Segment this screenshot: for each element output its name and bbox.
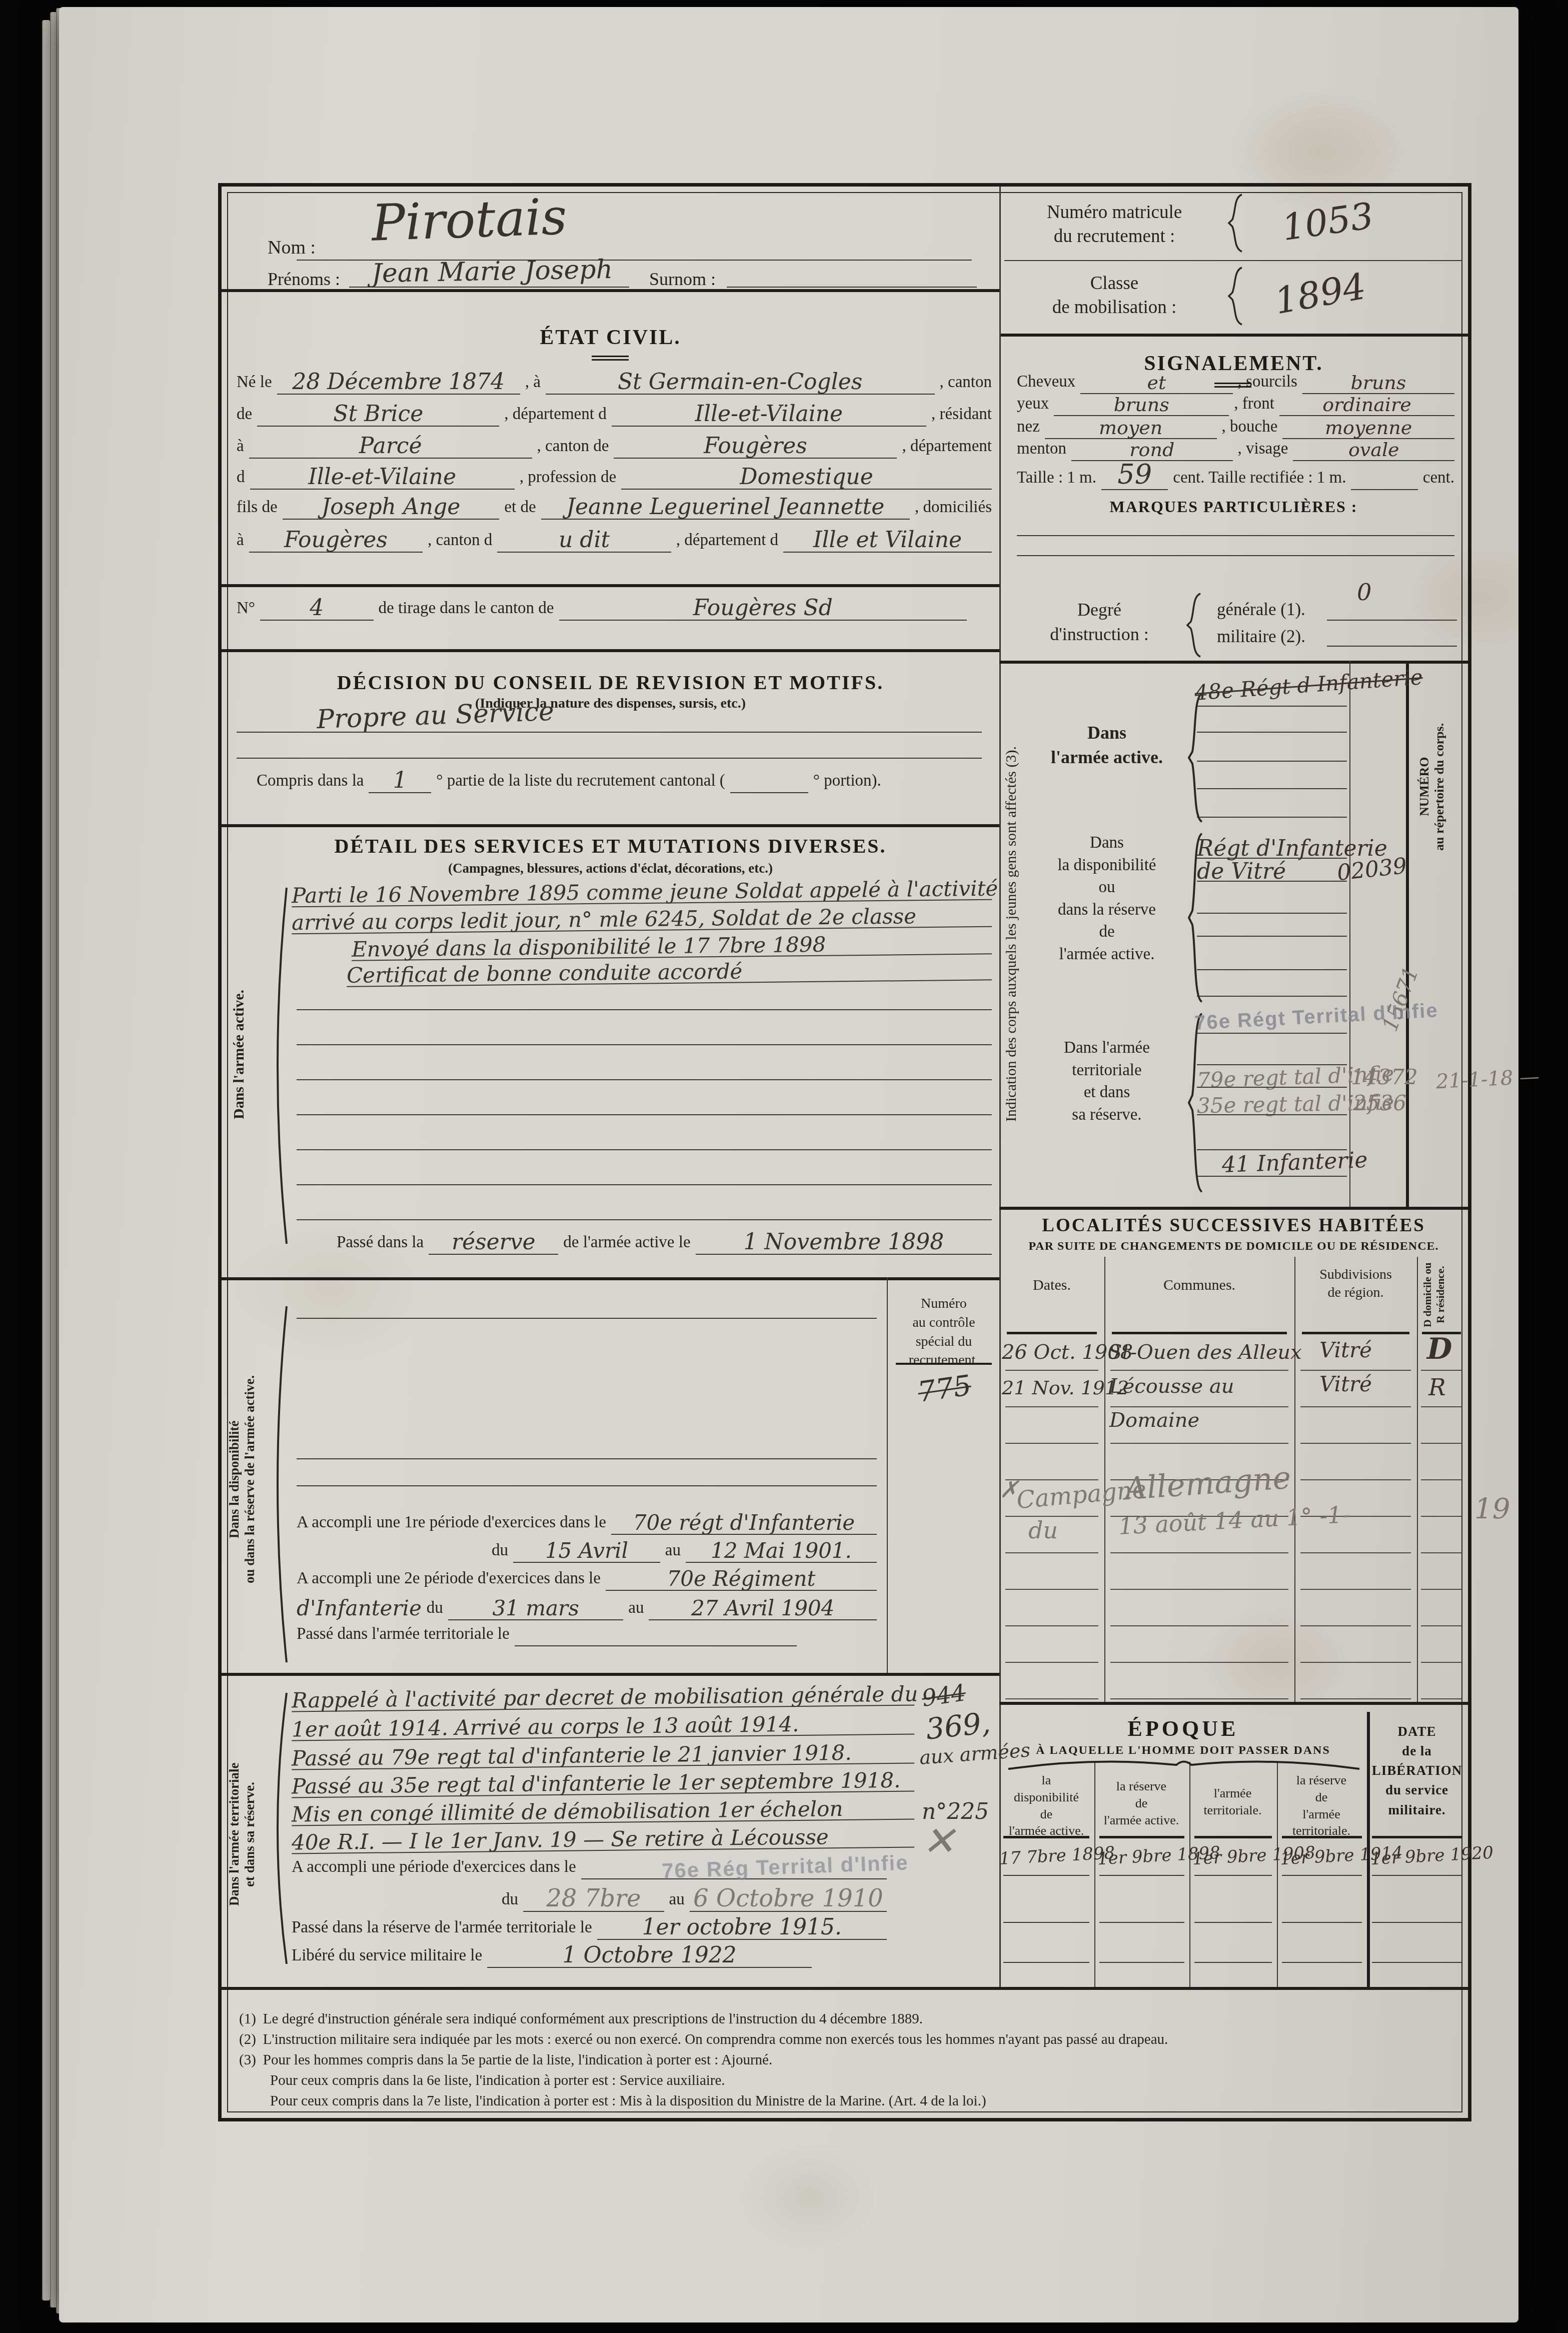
active-line-2	[1197, 732, 1347, 733]
detail-blank-4	[297, 1114, 992, 1115]
territoriale-number-2: 2536	[1353, 1091, 1406, 1115]
ep-blank-rule-2a	[1099, 1922, 1184, 1923]
territoriale-left-bracket	[268, 1691, 290, 1966]
territoriale-number-1: 14372	[1351, 1065, 1418, 1089]
x-mark: ✕	[922, 1818, 955, 1864]
signalement-row-2: yeux bruns , front ordinaire	[1017, 395, 1454, 416]
marques-line-1	[1017, 535, 1454, 536]
footnote-2-text: L'instruction militaire sera indiquée pa…	[263, 2031, 1168, 2048]
detail-line-1: Parti le 16 Novembre 1895 comme jeune So…	[292, 878, 992, 908]
domicilies-label: , domiciliés	[915, 498, 992, 520]
taille-rectifiee-blank	[1351, 489, 1417, 490]
signalement-row-4: menton rond , visage ovale	[1017, 440, 1454, 461]
ne-le-label: Né le	[237, 373, 272, 395]
detail-blank-7	[297, 1219, 992, 1220]
degre-generale-value: 0	[1357, 579, 1371, 606]
libere-label: Libéré du service militaire le	[292, 1946, 482, 1968]
periode2-label: A accompli une 2e période d'exercices da…	[297, 1569, 601, 1591]
epoque-col3-header: l'armée territoriale.	[1192, 1785, 1273, 1819]
numero-controle-underline	[896, 1363, 992, 1365]
signalement-row-1: Cheveux et , sourcils bruns	[1017, 373, 1454, 394]
periode1-au-label: au	[665, 1541, 681, 1563]
active-line-1	[1197, 706, 1347, 707]
footnotes-top-divider	[222, 1987, 1468, 1990]
localites-header-dates: Dates.	[999, 1277, 1104, 1294]
ep-blank-rule-4b	[1282, 1962, 1362, 1963]
canton-label: , canton	[940, 373, 992, 395]
etat-civil-row-3: à Parcé , canton de Fougères , départeme…	[237, 435, 992, 459]
numero-tirage-label: N°	[237, 599, 255, 621]
departement-residence-value: Ille-et-Vilaine	[250, 466, 515, 490]
nez-value: moyen	[1045, 418, 1217, 439]
periode2-corps-suite: d'Infanterie	[297, 1596, 422, 1620]
surnom-label: Surnom :	[649, 269, 716, 290]
taille-cent-label: cent.	[1423, 469, 1454, 490]
footnote-1-marker: (1)	[239, 2011, 256, 2027]
disponibilite-left-bracket	[268, 1304, 290, 1664]
signalement-row-3: nez moyen , bouche moyenne	[1017, 418, 1454, 439]
armee-active-label: Dans l'armée active.	[1032, 721, 1182, 769]
degre-generale-line	[1327, 620, 1457, 621]
epoque-top-divider	[999, 1702, 1468, 1705]
etat-civil-tick	[592, 356, 629, 361]
terr-line-3	[1197, 1087, 1347, 1088]
et-de-label: et de	[504, 498, 536, 520]
periode1-corps: 70e régt d'Infanterie	[611, 1512, 877, 1535]
active-line-3	[1197, 761, 1347, 762]
localites-r1-dr: D	[1427, 1332, 1452, 1366]
periode1-du-label: du	[492, 1541, 508, 1563]
ep-val-rule-5	[1372, 1875, 1462, 1876]
detail-title: DÉTAIL DES SERVICES ET MUTATIONS DIVERSE…	[222, 834, 999, 858]
canton-d-label: , canton d	[428, 531, 492, 553]
detail-blank-2	[297, 1044, 992, 1045]
menton-value: rond	[1071, 440, 1233, 461]
libere-row: Libéré du service militaire le 1 Octobre…	[292, 1944, 812, 1968]
departement-label: , département d	[504, 405, 606, 427]
matricule-underline	[1004, 260, 1462, 261]
periode1-dates-row: du 15 Avril au 12 Mai 1901.	[492, 1540, 877, 1563]
footnote-5-text: Pour ceux compris dans la 7e liste, l'in…	[270, 2093, 986, 2109]
birth-place-value: St Germain-en-Cogles	[546, 371, 935, 395]
bouche-value: moyenne	[1282, 418, 1454, 439]
corps-vertical-left-label: Indication des corps auxquels les jeunes…	[1003, 667, 1032, 1202]
pt-au-value: 6 Octobre 1910	[690, 1886, 887, 1912]
territoriale-label: Dans l'armée territoriale et dans sa rés…	[1032, 1037, 1182, 1126]
detail-subtitle: (Campagnes, blessures, actions d'éclat, …	[222, 861, 999, 876]
ep-head-rule-1	[1003, 1836, 1089, 1838]
periode1-label: A accompli une 1re période d'exercices d…	[297, 1513, 606, 1535]
pt-au-label: au	[669, 1890, 685, 1912]
dispo-line-3	[1197, 913, 1347, 914]
decision-underline	[237, 732, 982, 733]
periode1-du-value: 15 Avril	[513, 1540, 660, 1563]
footnote-1-text: Le degré d'instruction générale sera ind…	[263, 2011, 923, 2027]
corps-vertical-right-label: NUMÉRO au répertoire du corps.	[1417, 669, 1461, 904]
ep-blank-rule-2b	[1099, 1962, 1184, 1963]
etat-civil-row-5: fils de Joseph Ange et de Jeanne Legueri…	[237, 496, 992, 520]
mother-name-value: Jeanne Leguerinel Jeannette	[541, 496, 910, 520]
ep-val-rule-3	[1194, 1875, 1272, 1876]
footnote-3-marker: (3)	[239, 2052, 256, 2068]
passe-territoriale-blank	[515, 1645, 797, 1646]
degre-label: Degré d'instruction :	[1022, 598, 1177, 646]
active-line-5	[1197, 817, 1347, 818]
tirage-canton-value: Fougères Sd	[559, 597, 967, 621]
front-label: , front	[1234, 395, 1274, 416]
passe-territoriale-label: Passé dans l'armée territoriale le	[297, 1625, 510, 1646]
localites-r1-subdiv: Vitré	[1319, 1338, 1372, 1362]
tirage-row: N° 4 de tirage dans le canton de Fougère…	[237, 597, 967, 621]
detail-blank-5	[297, 1149, 992, 1150]
terr-line-6	[1197, 1176, 1347, 1177]
ep-blank-rule-3b	[1194, 1962, 1272, 1963]
cheveux-label: Cheveux	[1017, 373, 1075, 394]
footnote-1: (1) Le degré d'instruction générale sera…	[239, 2011, 1454, 2027]
footnote-4-text: Pour ceux compris dans la 6e liste, l'in…	[270, 2072, 725, 2088]
detail-blank-1	[297, 1009, 992, 1010]
father-name-value: Joseph Ange	[283, 496, 500, 520]
detail-line-2: arrivé au corps ledit jour, n° mle 6245,…	[292, 905, 992, 935]
territoriale-number-0: 15671	[1377, 963, 1423, 1034]
etat-civil-row-4: d Ille-et-Vilaine , profession de Domest…	[237, 466, 992, 490]
decision-title: DÉCISION DU CONSEIL DE REVISION ET MOTIF…	[222, 671, 999, 694]
ep-head-rule-2	[1099, 1836, 1184, 1838]
territoriale-line-4: Passé au 35e regt tal d'infanterie le 1e…	[292, 1769, 914, 1798]
footnote-3-text: Pour les hommes compris dans la 5e parti…	[263, 2052, 772, 2068]
periode2-au-value: 27 Avril 1904	[649, 1597, 877, 1620]
libere-date: 1 Octobre 1922	[487, 1944, 812, 1968]
departement2-label: , département	[902, 437, 992, 459]
nom-value: Pirotais	[371, 187, 568, 253]
passe-reserve-territoriale-row: Passé dans la réserve de l'armée territo…	[292, 1916, 887, 1940]
yeux-value: bruns	[1054, 395, 1229, 416]
campagne-dates-suite: 19	[1474, 1493, 1510, 1525]
taille-value: 59	[1101, 461, 1168, 490]
yeux-label: yeux	[1017, 395, 1049, 416]
matricule-label: Numéro matricule du recrutement :	[1009, 201, 1219, 249]
birth-date-value: 28 Décembre 1874	[277, 371, 520, 395]
territoriale-corps-3: 41 Infanterie	[1221, 1147, 1368, 1178]
matricule-brace	[1226, 194, 1246, 253]
degre-militaire-label: militaire (2).	[1217, 627, 1305, 647]
residant-label: , résidant	[931, 405, 992, 427]
classe-label: Classe de mobilisation :	[1009, 272, 1219, 320]
footnote-2: (2) L'instruction militaire sera indiqué…	[239, 2031, 1454, 2048]
epoque-col-line-3	[1277, 1762, 1278, 1987]
detail-left-bracket	[268, 886, 290, 1246]
register-page: Nom : Pirotais Prénoms : Jean Marie Jose…	[59, 7, 1518, 2322]
classe-brace	[1226, 267, 1246, 326]
compris-label-b: ° partie de la liste du recrutement cant…	[436, 772, 725, 793]
localites-col-line-2	[1294, 1257, 1295, 1702]
ep-head-rule-3	[1194, 1836, 1272, 1838]
prenoms-value: Jean Marie Joseph	[372, 255, 613, 289]
terr-line-1	[1197, 1033, 1347, 1034]
periode1-row: A accompli une 1re période d'exercices d…	[297, 1512, 877, 1535]
prenoms-label: Prénoms :	[268, 269, 340, 290]
ep-val-rule-4	[1282, 1875, 1362, 1876]
territoriale-line-6: 40e R.I. — I le 1er Janv. 19 — Se retire…	[292, 1825, 914, 1854]
periode2-corps: 70e Régiment	[606, 1568, 877, 1591]
localites-table: LOCALITÉS SUCCESSIVES HABITÉES PAR SUITE…	[999, 1207, 1468, 1702]
etat-civil-row-1: Né le 28 Décembre 1874 , à St Germain-en…	[237, 371, 992, 395]
numero-controle-value: 775	[916, 1369, 973, 1409]
numero-controle-divider	[887, 1277, 888, 1673]
matricule-value: 1053	[1279, 195, 1376, 249]
compris-row: Compris dans la 1 ° partie de la liste d…	[257, 769, 897, 793]
passe-reserve-terr-label: Passé dans la réserve de l'armée territo…	[292, 1918, 592, 1940]
bouche-label: , bouche	[1222, 418, 1278, 439]
periode1-au-value: 12 Mai 1901.	[686, 1540, 877, 1563]
localites-r3-commune: Domaine	[1109, 1409, 1199, 1432]
epoque-col2-header: la réserve de l'armée active.	[1097, 1778, 1185, 1828]
epoque-col-line-2	[1189, 1762, 1190, 1987]
surnom-underline	[727, 287, 977, 288]
matricule-form: Nom : Pirotais Prénoms : Jean Marie Jose…	[218, 183, 1471, 2121]
domicile-value: Fougères	[249, 529, 423, 553]
front-value: ordinaire	[1279, 395, 1454, 416]
territoriale-side-label: Dans l'armée territoriale et dans sa rés…	[227, 1687, 263, 1982]
canton-value: St Brice	[257, 403, 499, 427]
periode2-du-label: du	[427, 1599, 443, 1620]
corps-numero-thin-line	[1349, 661, 1350, 1207]
ep-blank-rule-5b	[1372, 1962, 1462, 1963]
profession-label: , profession de	[520, 468, 616, 490]
detail-line-4: Certificat de bonne conduite accordé	[347, 958, 992, 987]
passe-reserve-value-1: réserve	[429, 1231, 558, 1255]
canton-dit-value: u dit	[497, 529, 671, 553]
profession-value: Domestique	[621, 466, 992, 490]
decision-blank-line	[237, 758, 982, 759]
ep-val-rule-2	[1099, 1875, 1184, 1876]
residence-a-label: à	[237, 437, 244, 459]
taille-label: Taille : 1 m.	[1017, 469, 1096, 490]
fils-de-label: fils de	[237, 498, 278, 520]
ep-head-rule-5	[1372, 1836, 1462, 1838]
visage-value: ovale	[1293, 440, 1454, 461]
taille-rectifiee-label: cent. Taille rectifiée : 1 m.	[1173, 469, 1346, 490]
epoque-col1-header: la disponibilité de l'armée active.	[1002, 1772, 1090, 1839]
passe-reserve-date: 1 Novembre 1898	[696, 1231, 992, 1255]
book-page-edge-1	[42, 20, 50, 2300]
prenoms-underline	[349, 287, 629, 288]
compris-bottom-divider	[222, 824, 999, 827]
classe-value: 1894	[1271, 265, 1369, 323]
visage-label: , visage	[1238, 440, 1288, 461]
localites-title: LOCALITÉS SUCCESSIVES HABITÉES	[999, 1215, 1468, 1236]
residence-value: Parcé	[249, 435, 532, 459]
corps-numero-heavy-line	[1406, 661, 1409, 1207]
dispo-line-4	[1197, 936, 1347, 937]
tirage-bottom-divider	[222, 649, 999, 652]
degre-bottom-divider	[999, 661, 1468, 664]
passe-reserve-terr-date: 1er octobre 1915.	[597, 1916, 887, 1940]
localites-header-subdiv: Subdivisions de région.	[1294, 1266, 1417, 1302]
dispo-line-6	[1197, 996, 1347, 997]
dispo-blank-3	[297, 1485, 877, 1486]
numero-tirage-value: 4	[260, 597, 374, 621]
armee-active-value: 48e Régt d Infanterie	[1194, 665, 1423, 705]
compris-partie-value: 1	[369, 769, 431, 793]
territoriale-margin-number: 369,	[924, 1705, 992, 1746]
footnote-3: (3) Pour les hommes compris dans la 5e p…	[239, 2052, 1454, 2068]
canton2-value: Fougères	[614, 435, 897, 459]
header-left-divider	[222, 289, 999, 292]
epoque-col4-header: la réserve de l'armée territoriale.	[1280, 1772, 1363, 1839]
ep-val-rule-1	[1003, 1875, 1089, 1876]
departement-value: Ille-et-Vilaine	[612, 403, 926, 427]
localites-col-line-3	[1417, 1257, 1418, 1702]
marques-label: MARQUES PARTICULIÈRES :	[999, 498, 1468, 516]
numero-controle-label: Numéro au contrôle spécial du recrutemen…	[889, 1294, 998, 1370]
passe-reserve-active-row: Passé dans la réserve de l'armée active …	[337, 1231, 992, 1255]
periode2-au-label: au	[628, 1599, 644, 1620]
cheveux-value: et	[1080, 373, 1232, 394]
localites-header-communes: Communes.	[1104, 1277, 1294, 1294]
ep-blank-rule-4a	[1282, 1922, 1362, 1923]
active-line-4	[1197, 788, 1347, 789]
periode-territoriale-dates-row: du 28 7bre au 6 Octobre 1910	[502, 1886, 887, 1912]
campagne-du: du	[1028, 1517, 1058, 1544]
etat-civil-title: ÉTAT CIVIL.	[222, 326, 999, 350]
territoriale-line-5: Mis en congé illimité de démobilisation …	[292, 1797, 914, 1826]
ep-head-rule-4	[1282, 1836, 1362, 1838]
departement3-value: Ille et Vilaine	[783, 529, 992, 553]
etat-civil-bottom-divider	[222, 584, 999, 587]
localites-r2-dr: R	[1428, 1374, 1446, 1401]
periode2-dates-row: d'Infanterie du 31 mars au 27 Avril 1904	[297, 1596, 877, 1620]
dispo-blank-2	[297, 1458, 877, 1459]
localites-r1-commune: St-Ouen des Alleux	[1108, 1341, 1302, 1364]
ep-blank-rule-5a	[1372, 1922, 1462, 1923]
d-label: d	[237, 468, 245, 490]
degre-militaire-line	[1327, 646, 1457, 647]
epoque-table: ÉPOQUE À LAQUELLE L'HOMME DOIT PASSER DA…	[999, 1702, 1468, 1987]
passe-reserve-label-a: Passé dans la	[337, 1233, 424, 1255]
periode2-row: A accompli une 2e période d'exercices da…	[297, 1568, 877, 1591]
detail-bottom-divider	[222, 1277, 999, 1280]
de-label: de	[237, 405, 252, 427]
compris-portion-blank	[730, 792, 808, 793]
disponibilite-label: Dans la disponibilité ou dans la réserve…	[1032, 832, 1182, 965]
marques-line-2	[1017, 555, 1454, 556]
footnote-5: Pour ceux compris dans la 7e liste, l'in…	[239, 2093, 1454, 2109]
disponibilite-side-label: Dans la disponibilité ou dans la réserve…	[227, 1292, 263, 1667]
epoque-col-line-1	[1094, 1762, 1095, 1987]
canton-de-label: , canton de	[537, 437, 609, 459]
passe-territoriale-row: Passé dans l'armée territoriale le	[297, 1625, 797, 1646]
detail-blank-3	[297, 1079, 992, 1080]
dispo-line-5	[1197, 969, 1347, 970]
territoriale-line-3: Passé au 79e regt tal d'infanterie le 21…	[292, 1741, 914, 1770]
territoriale-margin-date: 21-1-18 —	[1435, 1065, 1540, 1094]
ep-blank-rule-3a	[1194, 1922, 1272, 1923]
epoque-subtitle: À LAQUELLE L'HOMME DOIT PASSER DANS	[999, 1744, 1367, 1757]
footnotes: (1) Le degré d'instruction générale sera…	[239, 2011, 1454, 2109]
header-right-divider	[999, 334, 1468, 337]
menton-label: menton	[1017, 440, 1066, 461]
pt-du-value: 28 7bre	[523, 1886, 664, 1912]
territoriale-line-2: 1er août 1914. Arrivé au corps le 13 aoû…	[292, 1712, 914, 1741]
footnote-2-marker: (2)	[239, 2031, 256, 2048]
detail-side-label: Dans l'armée active.	[231, 857, 256, 1252]
compris-label-c: ° portion).	[813, 772, 881, 793]
footnote-4: Pour ceux compris dans la 6e liste, l'in…	[239, 2072, 1454, 2089]
localites-header-dr: D domicile ou R résidence.	[1421, 1260, 1463, 1330]
ep-blank-rule-1a	[1003, 1922, 1089, 1923]
detail-line-3: Envoyé dans la disponibilité le 17 7bre …	[352, 932, 992, 961]
armee-active-brace	[1186, 693, 1206, 823]
periode-territoriale-label: A accompli une période d'exercices dans …	[292, 1858, 576, 1879]
localites-r2-subdiv: Vitré	[1319, 1372, 1372, 1396]
periode2-du-value: 31 mars	[448, 1597, 623, 1620]
degre-brace	[1184, 593, 1204, 658]
territoriale-margin-crossed: 944	[920, 1679, 967, 1712]
ep-blank-rule-1b	[1003, 1962, 1089, 1963]
epoque-date-header: DATE de la LIBÉRATION du service militai…	[1369, 1722, 1464, 1820]
epoque-title: ÉPOQUE	[999, 1716, 1367, 1741]
band2-bottom-divider	[222, 1673, 999, 1676]
epoque-over-brace	[1006, 1757, 1361, 1770]
etat-civil-row-6: à Fougères , canton d u dit , départemen…	[237, 529, 992, 553]
terr-line-4	[1197, 1114, 1347, 1115]
departement3-label: , département d	[676, 531, 778, 553]
dispo-line-2	[1197, 881, 1347, 882]
a-label: , à	[525, 373, 541, 395]
signalement-taille-row: Taille : 1 m. 59 cent. Taille rectifiée …	[1017, 461, 1454, 490]
detail-blank-6	[297, 1184, 992, 1185]
domicile-a-label: à	[237, 531, 244, 553]
compris-label-a: Compris dans la	[257, 772, 364, 793]
localites-subtitle: PAR SUITE DE CHANGEMENTS DE DOMICILE OU …	[999, 1240, 1468, 1253]
localites-r2-commune: Lécousse au	[1109, 1375, 1234, 1398]
pt-du-label: du	[502, 1890, 518, 1912]
nez-label: nez	[1017, 418, 1040, 439]
sourcils-value: bruns	[1302, 373, 1454, 394]
tirage-canton-label: de tirage dans le canton de	[379, 599, 554, 621]
sourcils-label: , sourcils	[1238, 373, 1297, 394]
passe-reserve-label-b: de l'armée active le	[563, 1233, 690, 1255]
etat-civil-row-2: de St Brice , département d Ille-et-Vila…	[237, 403, 992, 427]
degre-generale-label: générale (1).	[1217, 600, 1305, 620]
dispo-blank-1	[297, 1318, 877, 1319]
territoriale-line-1: Rappelé à l'activité par decret de mobil…	[292, 1683, 914, 1712]
nom-label: Nom :	[268, 237, 316, 259]
